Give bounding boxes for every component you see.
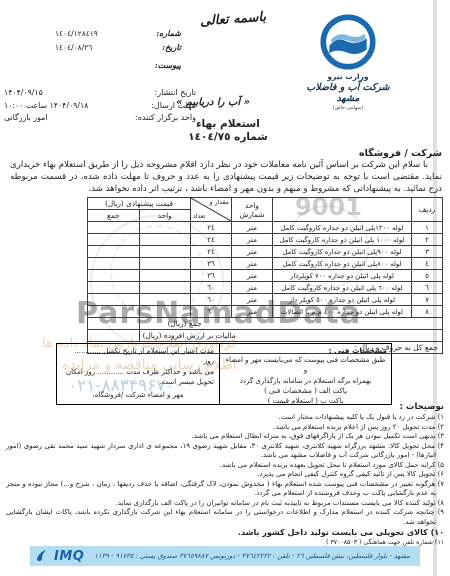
header-price-unit: واحد	[139, 210, 191, 222]
table-row: ٦ لوله ٦٠٠ پلی اتیلن دو جداره کاروگیت کا…	[88, 282, 443, 294]
row-unit: متر	[232, 246, 273, 258]
addressee: شرکت / فروشگاه	[359, 148, 442, 159]
row-price-total-empty	[88, 234, 140, 246]
letter-ref-block: شماره: ١٤٠٤/١٢٨٤١٩ تاریخ: ١٤٠٤/٠٨/٢٦ پیو…	[55, 28, 181, 74]
row-qty: ٦٠	[191, 294, 232, 306]
row-desc: لوله پلی اتیلن دو جداره ٧٠٠ کوپلردار	[273, 270, 412, 282]
row-no: ٥	[412, 270, 443, 282]
row-qty: ٢٤	[191, 222, 232, 234]
row-no: ١	[412, 222, 443, 234]
row-price-total-empty	[88, 306, 140, 318]
org-ministry: وزارت نیرو	[298, 72, 398, 81]
row-qty: ٦٠	[191, 282, 232, 294]
table-row: ٧ لوله پلی اتیلن دو جداره ٥٠٠ کوپلر دار …	[88, 294, 443, 306]
header-row-no: ردیف	[412, 198, 443, 222]
row-price-unit-empty	[139, 282, 191, 294]
note-item: ۱) شرکت در رد یا قبول یک یا کلیه پیشنهاد…	[6, 413, 444, 423]
notes-title: توضیحات :	[6, 401, 444, 413]
note-item: ۴) محل تحویل کالا: مشهد بزرگراه شهید کلا…	[6, 442, 444, 461]
row-price-unit-empty	[139, 306, 191, 318]
row-no: ٦	[412, 282, 443, 294]
ref-date-label: تاریخ:	[162, 42, 181, 52]
table-row: ٤ لوله ٨٠٠پلی اتیلن دو جداره کاروگیت کام…	[88, 258, 443, 270]
row-desc: لوله ٨٠٠پلی اتیلن دو جداره کاروگیت کامل	[273, 258, 412, 270]
org-company-name: شرکت آب و فاضلاب مشهد	[298, 82, 398, 104]
note-item: ۵) کرایه حمل کالای مورد استعلام تا محل ت…	[6, 461, 444, 471]
row-price-total-empty	[88, 282, 140, 294]
tech-specs-title: مشخصات فنی :	[224, 346, 387, 355]
table-row: ٣ لوله ٩٠٠پلی اتیلن دو جداره کاروگیت کام…	[88, 246, 443, 258]
table-row: ٨ لوله پلی اتیلن دو جداره ٤٠٠ م.م با اتص…	[88, 306, 443, 318]
row-unit: متر	[232, 306, 273, 318]
row-price-unit-empty	[139, 258, 191, 270]
org-company-type: (سهامی خاص)	[298, 105, 398, 111]
note-item: ۹) چنانچه شرکت کننده در استعلام مدارک و …	[6, 508, 444, 527]
publish-date-value: ۱۴۰۴/۰۹/۱۵	[4, 88, 43, 97]
intro-paragraph: با سلام این شرکت بر اساس آئین نامه معامل…	[10, 159, 442, 196]
row-desc: لوله ٩٠٠پلی اتیلن دو جداره کاروگیت کامل	[273, 246, 412, 258]
row-unit: متر	[232, 258, 273, 270]
header-price-group: قیمت پیشنهادی (ریال)	[88, 198, 191, 210]
row-price-unit-empty	[139, 234, 191, 246]
header-quantity: مقدار و تعداد	[191, 198, 232, 222]
footer-address-bar: مشهد - بلوار فلسطین، نبش فلسطین ٢٦ - تلف…	[30, 546, 420, 566]
imq-label: IMQ	[54, 549, 84, 564]
company-logo-block: وزارت نیرو شرکت آب و فاضلاب مشهد (سهامی …	[298, 14, 398, 111]
organizer-value: امور بازرگانی	[4, 113, 47, 122]
note-item-domestic-production: ۱۰) کالای تحویلی می بایست تولید داخل کشو…	[6, 527, 444, 538]
row-no: ٧	[412, 294, 443, 306]
vat-value-empty	[88, 330, 140, 342]
sum-label: جمع (ریال)	[139, 318, 443, 330]
deadline-value: ۱۴۰۴/۰۹/۱۸ ساعت ۱۰:۰۰	[4, 101, 88, 110]
tech-specs-line: بهمراه برگه استعلام در سامانه بارگذاری گ…	[224, 376, 387, 386]
header-count-unit: واحد شمارش	[232, 198, 273, 222]
technical-specs-section: مشخصات فنی : طبق مشخصات فنی پیوست که می‌…	[219, 344, 391, 404]
row-no: ٨	[412, 306, 443, 318]
signature-line: مهر و امضاء شرکت /فروشگاه،	[62, 391, 214, 399]
table-row: ٢ لوله ١٠٠٠ پلی اتیلن دو جداره کاروگیت ک…	[88, 234, 443, 246]
note-item: ۲) مدت تحویل ۲۰ روز پس از اعلام برنده اس…	[6, 423, 444, 433]
row-price-total-empty	[88, 222, 140, 234]
note-item: ۶) تحویل کالا پس از تائید کیفی گروه کنتر…	[6, 470, 444, 480]
row-no: ٢	[412, 234, 443, 246]
row-qty: ٢٤	[191, 246, 232, 258]
row-desc: لوله پلی اتیلن دو جداره ٥٠٠ کوپلر دار	[273, 294, 412, 306]
document-title: استعلام بهاء	[168, 118, 288, 131]
pocket-a-label: پاکت الف ( مشخصات فنی )	[224, 386, 387, 396]
row-price-total-empty	[88, 270, 140, 282]
row-no: ٤	[412, 258, 443, 270]
footer-address: مشهد - بلوار فلسطین، نبش فلسطین ٢٦ - تلف…	[84, 552, 420, 560]
validity-line: تحویل میسر است.	[62, 377, 214, 387]
row-qty: ٦٠	[191, 306, 232, 318]
ref-attachment-label: پیوست:	[155, 60, 181, 70]
note-item: ۸) تولید کننده کالا می بایست مستندات مرب…	[6, 499, 444, 509]
row-price-unit-empty	[139, 246, 191, 258]
header-qty-bottom: تعداد	[193, 213, 205, 220]
table-row: ١ لوله ١٢٠٠پلی اتیلن دو جداره کاروگیت کا…	[88, 222, 443, 234]
conditions-box: مشخصات فنی : طبق مشخصات فنی پیوست که می‌…	[56, 343, 392, 405]
row-qty: ٣٦	[191, 258, 232, 270]
row-price-total-empty	[88, 246, 140, 258]
header-qty-top: مقدار و	[210, 199, 229, 206]
vat-label: مالیات بر ارزش افزوده (ریال)	[139, 330, 443, 342]
imq-swoosh-icon	[36, 549, 52, 563]
table-vat-row: مالیات بر ارزش افزوده (ریال)	[88, 330, 443, 342]
validity-line: مدت اعتبار این استعلام از تاریخ تکمیل ..…	[62, 346, 214, 367]
row-qty: ٢٤	[191, 234, 232, 246]
header-description	[273, 198, 412, 222]
row-price-total-empty	[88, 258, 140, 270]
row-desc: لوله ١٢٠٠پلی اتیلن دو جداره کاروگیت کامل	[273, 222, 412, 234]
imq-certification-logo: IMQ	[30, 549, 84, 564]
table-header-row: ردیف واحد شمارش مقدار و تعداد قیمت پیشنه…	[88, 198, 443, 210]
note-item: ۷) هرگونه تغییر در مشخصات فنی پیوست شده …	[6, 480, 444, 499]
row-desc: لوله پلی اتیلن دو جداره ٤٠٠ م.م با اتصال…	[273, 306, 412, 318]
row-price-unit-empty	[139, 294, 191, 306]
table-row: ٥ لوله پلی اتیلن دو جداره ٧٠٠ کوپلردار م…	[88, 270, 443, 282]
header-price-total: جمع	[88, 210, 140, 222]
notes-section: توضیحات : ۱) شرکت در رد یا قبول یک یا کل…	[6, 401, 444, 547]
row-price-unit-empty	[139, 222, 191, 234]
row-unit: متر	[232, 270, 273, 282]
row-price-unit-empty	[139, 270, 191, 282]
ref-date-value: ١٤٠٤/٠٨/٢٦	[55, 43, 92, 52]
inquiry-document-page: 9001 ParsNamadData گردآوری اطلاعات پارس …	[0, 0, 450, 576]
row-unit: متر	[232, 282, 273, 294]
items-table: ردیف واحد شمارش مقدار و تعداد قیمت پیشنه…	[87, 197, 443, 354]
row-qty: ٣٦	[191, 270, 232, 282]
table-sum-row: جمع (ریال)	[88, 318, 443, 330]
row-unit: متر	[232, 234, 273, 246]
note-item: ۳) بدیهی است تکمیل نبودن هر یک از پاراگر…	[6, 432, 444, 442]
row-unit: متر	[232, 222, 273, 234]
besmele-calligraphy: باسمه تعالی	[188, 9, 279, 30]
row-desc: لوله ٦٠٠ پلی اتیلن دو جداره کاروگیت کامل	[273, 282, 412, 294]
water-company-logo-icon	[320, 14, 376, 70]
row-desc: لوله ١٠٠٠ پلی اتیلن دو جداره کاروگیت کام…	[273, 234, 412, 246]
validity-line: می باشد و حداکثر ظرف مدت ............ رو…	[62, 367, 214, 377]
document-title-block: استعلام بهاء شماره ١٤٠٤/٧٥	[168, 118, 288, 144]
row-price-total-empty	[88, 294, 140, 306]
sum-value-empty	[88, 318, 140, 330]
validity-section: مدت اعتبار این استعلام از تاریخ تکمیل ..…	[57, 344, 219, 404]
tech-specs-line: طبق مشخصات فنی پیوست که می‌بایست مهر و ا…	[224, 355, 387, 376]
document-number: شماره ١٤٠٤/٧٥	[168, 131, 288, 144]
ref-number-label: شماره:	[156, 28, 181, 38]
row-unit: متر	[232, 294, 273, 306]
publish-date-label: تاریخ انتشار:	[155, 88, 196, 97]
ref-number-value: ١٤٠٤/١٢٨٤١٩	[55, 29, 98, 38]
row-no: ٣	[412, 246, 443, 258]
slogan: « آب را دریابیم »	[158, 97, 268, 108]
